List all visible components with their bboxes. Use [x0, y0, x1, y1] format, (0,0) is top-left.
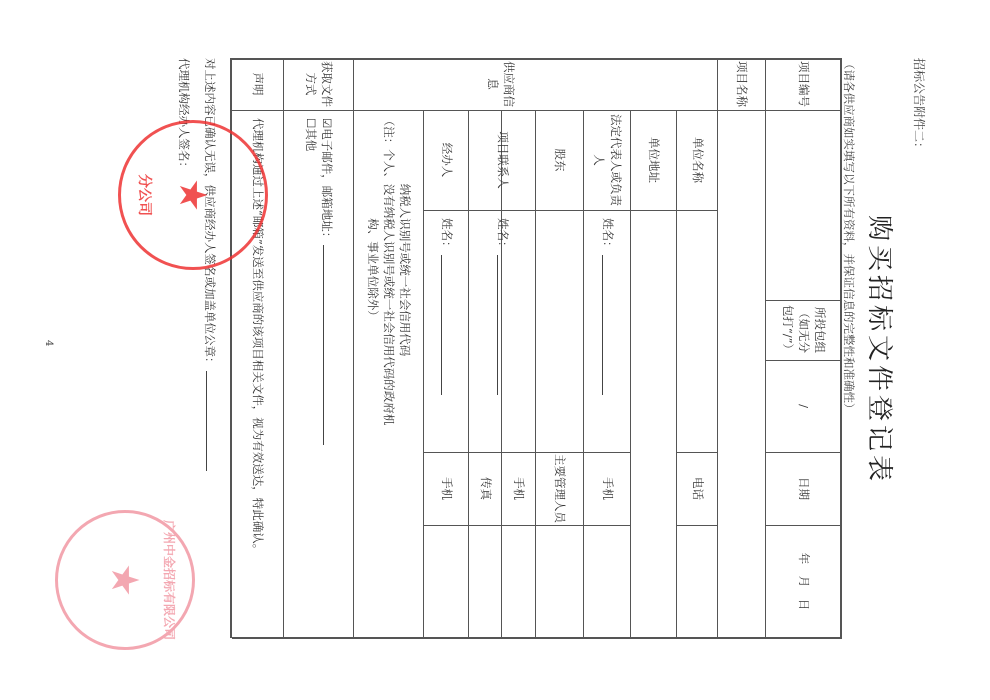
acquire-other-option[interactable]: ☐其他 — [303, 118, 319, 151]
handler-mobile-field[interactable] — [424, 525, 469, 638]
shareholder-field[interactable] — [536, 210, 584, 452]
page-number: 4 — [43, 340, 54, 346]
handler-mobile-label: 手机 — [424, 452, 469, 525]
handler-label: 经办人 — [424, 110, 469, 210]
key-staff-field[interactable] — [536, 525, 584, 638]
legal-rep-label: 法定代表人或负责人 — [584, 110, 631, 210]
project-name-field[interactable] — [718, 110, 766, 638]
company-address-field[interactable] — [631, 210, 677, 638]
tax-id-label: 纳税人识别号或统一社会信用代码 — [397, 184, 413, 357]
agency-seal-stamp: ★ 广州中金招标有限公司 — [55, 510, 195, 650]
page-subtitle: （请各供应商如实填写以下所有资料，并保证信息的完整性和准确性） — [841, 58, 857, 415]
phone-label: 电话 — [677, 452, 718, 525]
date-label: 日期 — [766, 452, 842, 525]
phone-field[interactable] — [677, 525, 718, 638]
name-prefix: 姓名： — [438, 218, 454, 253]
contact-mobile-label: 手机 — [502, 452, 536, 525]
tax-id-note: （注：个人、没有纳税人识别号或统一社会信用代码的政府机构、事业单位除外） — [365, 112, 397, 428]
project-name-label: 项目名称 — [718, 58, 766, 110]
fax-field[interactable] — [469, 525, 502, 638]
contact-name-field[interactable]: 姓名： — [469, 210, 536, 452]
attachment-note: 招标公告附件二： — [911, 58, 928, 154]
supplier-sign-blank[interactable] — [206, 371, 217, 471]
name-prefix: 姓名： — [599, 218, 615, 253]
tax-id-label-block: 纳税人识别号或统一社会信用代码 （注：个人、没有纳税人识别号或统一社会信用代码的… — [354, 110, 424, 430]
contact-mobile-field[interactable] — [502, 525, 536, 638]
fax-label: 传真 — [469, 452, 502, 525]
company-name-field[interactable] — [677, 210, 718, 452]
acquire-method-options: ☑电子邮件，邮箱地址： ☐其他 — [284, 110, 354, 638]
name-blank — [441, 255, 452, 395]
tax-id-field[interactable] — [354, 430, 424, 638]
shareholder-label: 股东 — [536, 110, 584, 210]
project-no-field[interactable] — [766, 110, 842, 300]
name-blank — [497, 255, 508, 395]
supplier-seal-stamp: ★ 分公司 — [118, 120, 268, 270]
legal-rep-mobile-label: 手机 — [584, 452, 631, 525]
key-staff-label: 主要管理人员 — [536, 452, 584, 525]
document-page: 招标公告附件二： 购买招标文件登记表 （请各供应商如实填写以下所有资料，并保证信… — [0, 0, 990, 700]
legal-rep-name-field[interactable]: 姓名： — [584, 210, 631, 452]
name-blank — [602, 255, 613, 395]
legal-rep-mobile-field[interactable] — [584, 525, 631, 638]
date-field[interactable]: 年 月 日 — [766, 525, 842, 638]
contact-label: 项目联系人 — [469, 110, 536, 210]
acquire-email-option[interactable]: ☑电子邮件，邮箱地址： — [319, 118, 335, 445]
company-name-label: 单位名称 — [677, 110, 718, 210]
star-icon: ★ — [106, 563, 144, 597]
handler-name-field[interactable]: 姓名： — [424, 210, 469, 452]
company-address-label: 单位地址 — [631, 110, 677, 210]
package-label: 所投包组（如无分包打“/”） — [766, 300, 842, 360]
email-blank[interactable] — [323, 245, 334, 445]
project-no-label: 项目编号 — [766, 58, 842, 110]
package-field[interactable]: / — [766, 360, 842, 452]
acquire-method-label: 获取文件方式 — [284, 58, 354, 110]
page-title: 购买招标文件登记表 — [863, 0, 900, 700]
star-icon: ★ — [174, 178, 212, 212]
statement-label: 声明 — [232, 58, 284, 110]
name-prefix: 姓名： — [494, 218, 510, 253]
